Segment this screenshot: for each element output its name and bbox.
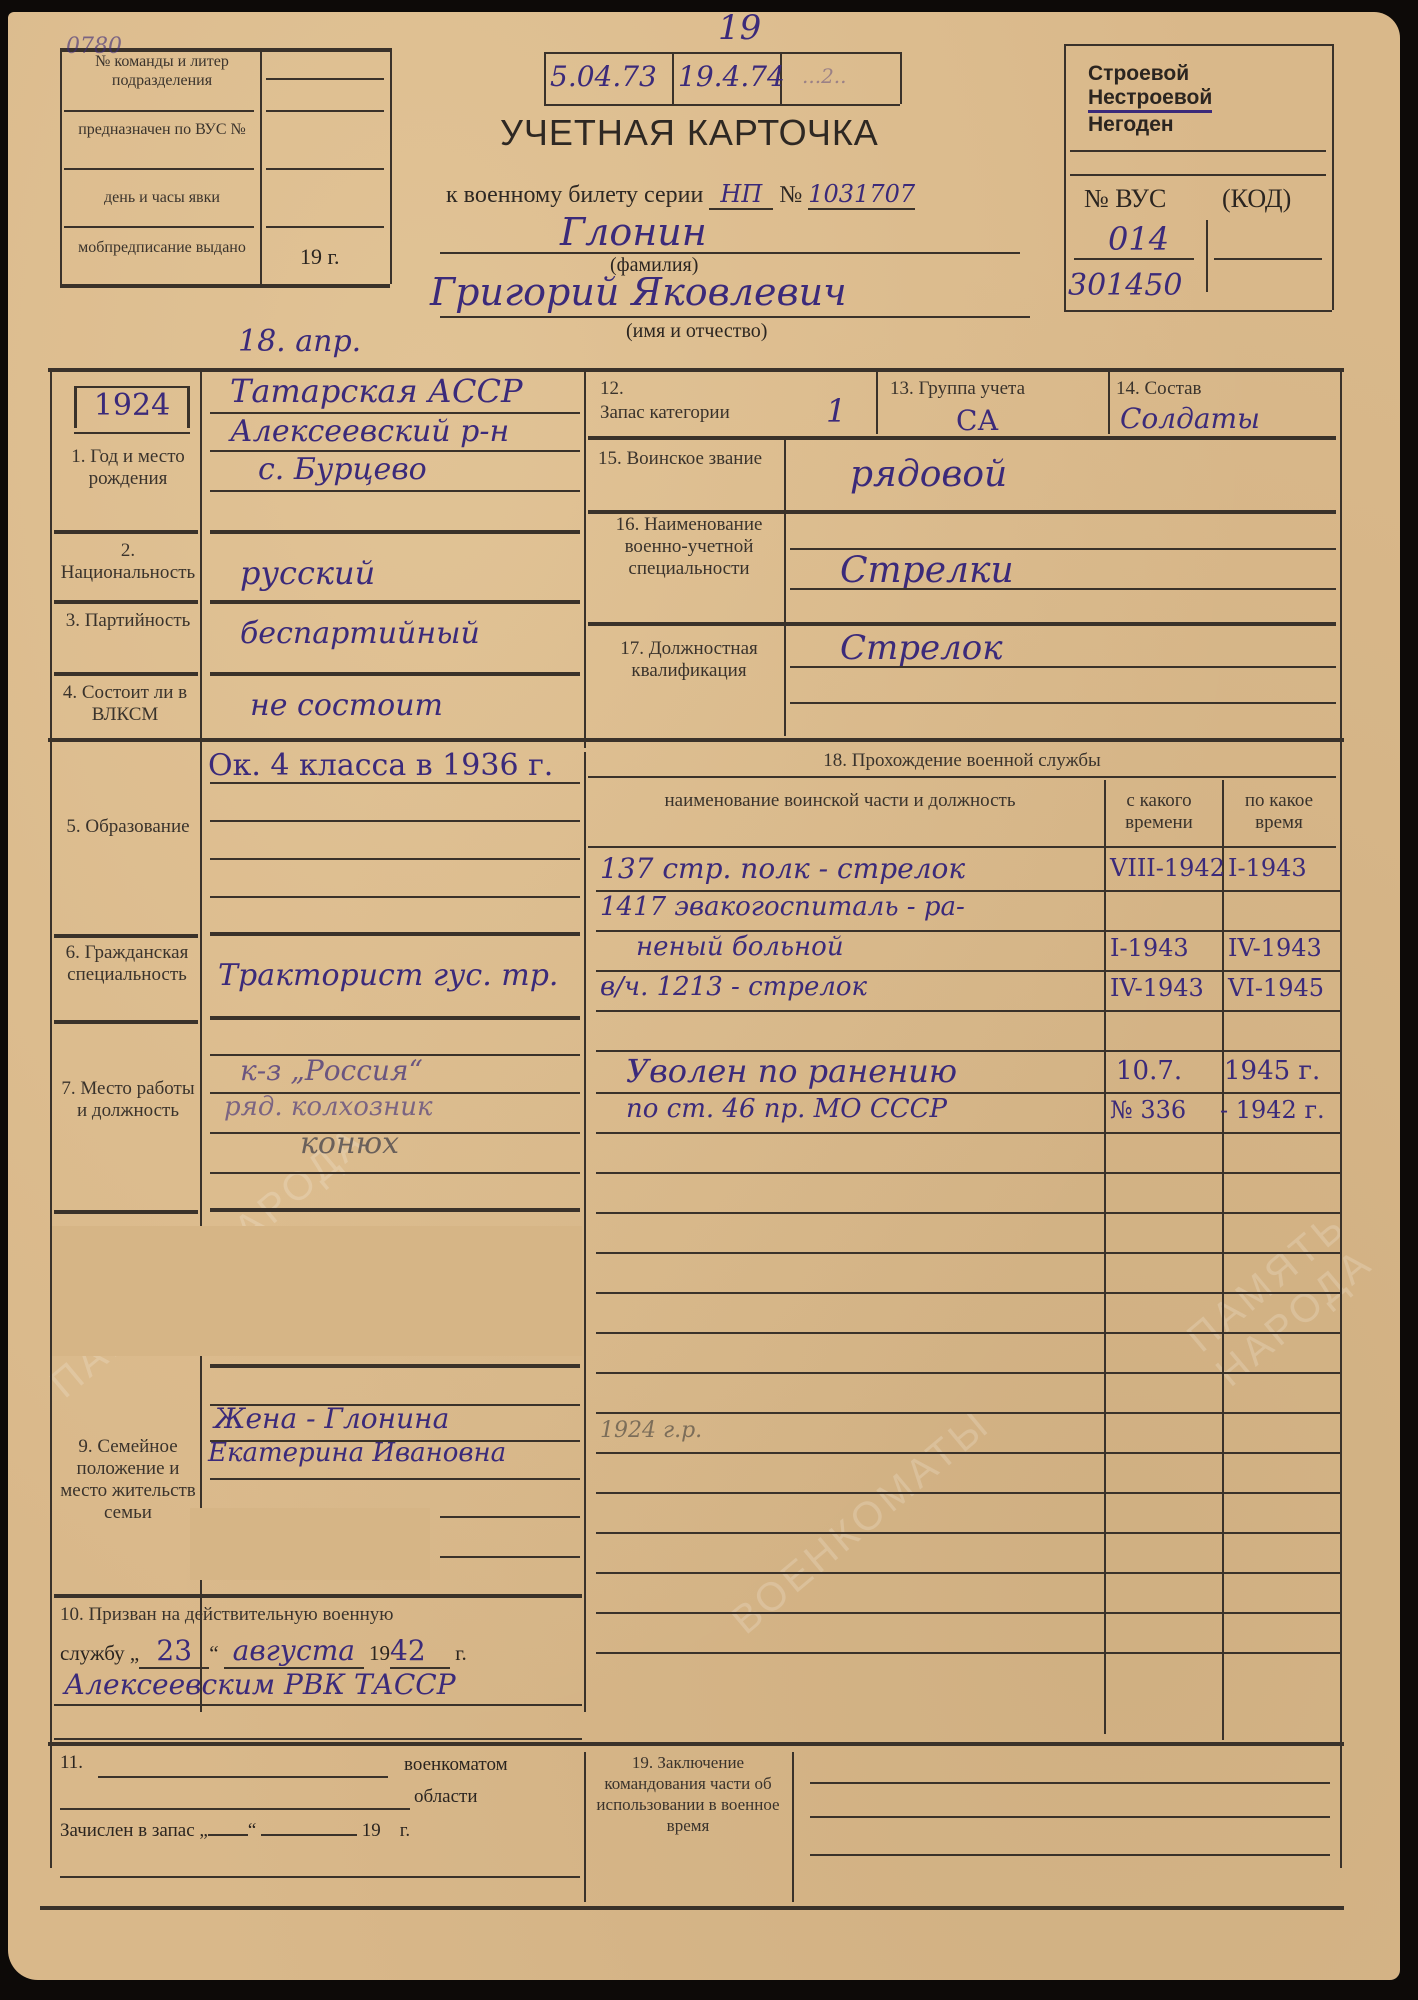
label-assigned-vus: предназначен по ВУС № (64, 120, 260, 139)
service-col-from: с какого времени (1104, 790, 1214, 834)
fitness-option-line: Строевой (1088, 62, 1212, 86)
birth-place-line-3: с. Бурцево (258, 452, 427, 487)
qualification-value: Стрелок (840, 628, 1003, 668)
service-row (596, 1012, 1340, 1052)
service-row: Уволен по ранению 10.7. 1945 г. (596, 1052, 1340, 1094)
service-title: 18. Прохождение военной службы (588, 750, 1336, 772)
birth-place-line-2: Алексеевский р-н (230, 414, 509, 449)
label-civil-specialty: 6. Гражданская специальность (56, 942, 198, 986)
mob-order-year: 19 г. (300, 244, 340, 270)
fitness-option-unfit: Негоден (1088, 113, 1212, 137)
label-party: 3. Партийность (60, 610, 196, 632)
stamp-cell-2: 19.4.74 (678, 60, 785, 93)
label-oblast: области (414, 1786, 478, 1808)
service-rows: 137 стр. полк - стрелок VIII-1942 I-1943… (596, 852, 1340, 1654)
workplace-line-2: ряд. колхозник (224, 1092, 433, 1122)
subtitle: к военному билету серии НП № 1031707 (446, 180, 915, 210)
education-value: Ок. 4 класса в 1936 г. (208, 748, 553, 783)
redacted-family-address (190, 1508, 430, 1580)
birth-place-line-1: Татарская АССР (230, 372, 523, 410)
family-line-1: Жена - Глонина (214, 1402, 449, 1435)
service-row: 137 стр. полк - стрелок VIII-1942 I-1943 (596, 852, 1340, 892)
label-family: 9. Семейное положение и место жительств … (54, 1436, 202, 1524)
party-value: беспартийный (240, 616, 480, 651)
label-education: 5. Образование (60, 816, 196, 838)
komsomol-value: не состоит (250, 688, 443, 723)
label-account-group: 13. Группа учета (890, 378, 1025, 400)
account-group-value: СА (956, 404, 999, 437)
page-stamp-number: 19 (718, 8, 761, 48)
service-row: 1417 эвакогоспиталь - ра- (596, 892, 1340, 932)
ticket-series: НП (709, 180, 773, 210)
service-footnote: 1924 г.р. (600, 1418, 702, 1443)
composition-value: Солдаты (1120, 402, 1260, 435)
service-col-unit: наименование воинской части и должность (600, 790, 1080, 812)
vus-value: 014 (1108, 220, 1169, 258)
civil-specialty-value: Тракторист гус. тр. (218, 958, 558, 993)
reserve-category-value: 1 (826, 392, 846, 430)
kod-label: (КОД) (1222, 184, 1291, 214)
reserve-enrollment: Зачислен в запас „“ 19 г. (60, 1820, 410, 1842)
label-conscripted: 10. Призван на действительную военную (60, 1604, 394, 1626)
conscripted-month: августа (224, 1634, 364, 1669)
service-row: неный больной I-1943 IV-1943 (596, 932, 1340, 972)
label-komsomol: 4. Состоит ли в ВЛКСМ (52, 682, 198, 726)
label-reserve-category-num: 12. (600, 378, 624, 400)
specialty-value: Стрелки (840, 550, 1014, 591)
nationality-value: русский (240, 554, 375, 592)
stamp-cell-1: 5.04.73 (550, 60, 657, 93)
archive-stamp: 5.04.73 19.4.74 ...2.. (544, 52, 900, 104)
name-patronymic-label: (имя и отчество) (626, 320, 767, 343)
top-left-box: № команды и литер подразделения предназн… (60, 48, 390, 284)
corner-note: 0780 (66, 34, 122, 59)
side-note: 18. апр. (238, 324, 361, 359)
conscripted-by: Алексеевским РВК ТАССР (64, 1668, 456, 1701)
label-composition: 14. Состав (1116, 378, 1202, 400)
label-kommissariat: военкоматом (404, 1754, 508, 1776)
service-row: по ст. 46 пр. МО СССР № 336 - 1942 г. (596, 1094, 1340, 1134)
birth-year: 1924 (77, 388, 187, 423)
label-workplace: 7. Место работы и должность (60, 1078, 196, 1122)
label-nationality: 2. Национальность (60, 540, 196, 584)
label-specialty: 16. Наименование военно-учетной специаль… (596, 514, 782, 580)
stamp-cell-3: ...2.. (802, 64, 847, 88)
redacted-section (52, 1226, 582, 1356)
label-qualification: 17. Должностная квалификация (596, 638, 782, 682)
label-birth: 1. Год и место рождения (60, 446, 196, 490)
service-col-to: по какое время (1222, 790, 1336, 834)
service-row: в/ч. 1213 - стрелок IV-1943 VI-1945 (596, 972, 1340, 1012)
workplace-line-3: конюх (300, 1126, 399, 1161)
label-mob-order: мобпредписание выдано (64, 238, 260, 257)
label-reserve-category: Запас категории (600, 402, 730, 424)
birth-year-box: 1924 (74, 388, 190, 428)
surname-value: Глонин (560, 210, 707, 254)
label-conclusion: 19. Заключение командования части об исп… (588, 1752, 788, 1836)
label-rank: 15. Воинское звание (598, 448, 778, 470)
label-report-day: день и часы явки (64, 188, 260, 207)
family-line-2: Екатерина Ивановна (208, 1438, 506, 1468)
page-title: УЧЕТНАЯ КАРТОЧКА (500, 112, 879, 154)
rank-value: рядовой (850, 454, 1007, 495)
vus-extra: 301450 (1068, 268, 1183, 303)
ticket-number: 1031707 (808, 180, 915, 210)
name-patronymic-value: Григорий Яковлевич (430, 270, 847, 314)
fitness-option-noncombat-selected: Нестроевой (1088, 86, 1212, 113)
workplace-line-1: к-з „Россия“ (240, 1054, 423, 1087)
bottom-num: 11. (60, 1752, 83, 1774)
conscripted-day: 23 (139, 1634, 209, 1669)
fitness-box: Строевой Нестроевой Негоден № ВУС (КОД) … (1064, 44, 1332, 310)
conscripted-year: 42 (390, 1634, 450, 1669)
vus-label: № ВУС (1084, 184, 1166, 214)
conscripted-date: службу „23“ августа 1942 г. (60, 1634, 467, 1669)
